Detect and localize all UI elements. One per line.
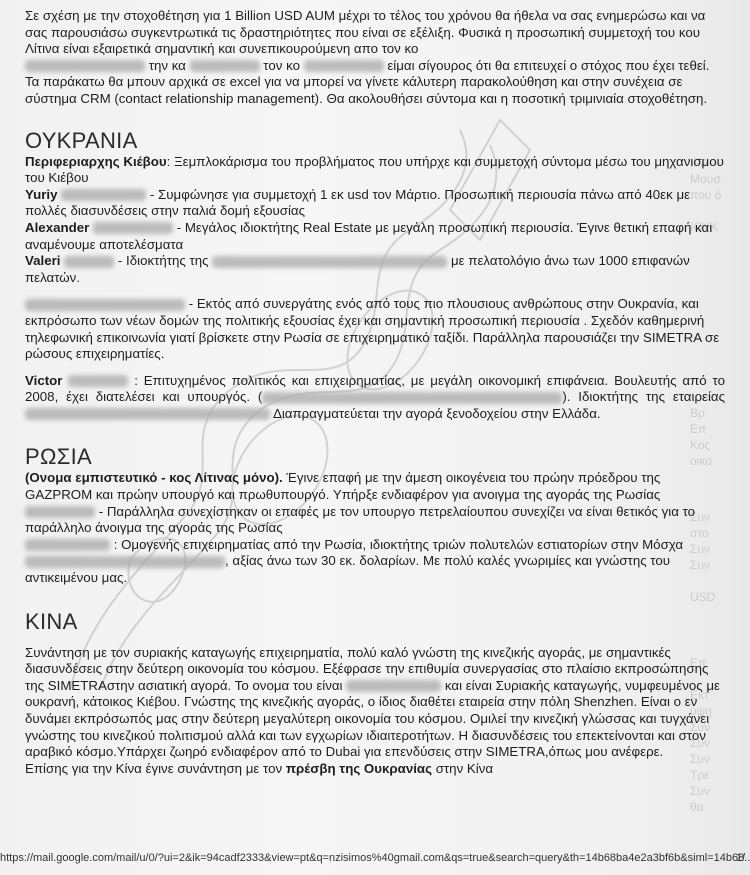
email-body: Σε σχέση με την στοχοθέτηση για 1 Billio… xyxy=(25,8,725,777)
scanned-page: ΙΡΑΜουσπου ό ΙΟΥΚ ΒρΕπΚοςοικο ΣυνστοΣυνΣ… xyxy=(0,0,750,875)
redacted-link xyxy=(262,392,562,404)
redacted-name xyxy=(61,189,146,201)
redacted-name xyxy=(25,506,95,518)
redacted-name xyxy=(64,256,114,268)
list-item: Valeri - Ιδιοκτήτης της με πελατολόγιο ά… xyxy=(25,253,725,286)
redacted-name xyxy=(93,222,173,234)
redacted-name xyxy=(68,375,128,387)
list-item: (Ονομα εμπιστευτικό - κος Λίτινας μόνο).… xyxy=(25,470,725,503)
list-item: Victor : Επιτυχημένος πολιτικός και επιχ… xyxy=(25,373,725,423)
list-item: : Ομογενής επιχειρηματίας από την Ρωσία,… xyxy=(25,537,725,587)
section-title-russia: ΡΩΣΙΑ xyxy=(25,444,725,470)
list-item: Alexander - Μεγάλος ιδιοκτήτης Real Esta… xyxy=(25,220,725,253)
china-last-line: Επίσης για την Κίνα έγινε συνάντηση με τ… xyxy=(25,761,725,778)
redacted-company xyxy=(212,256,447,268)
redacted-name xyxy=(25,60,145,72)
list-item: - Παράλληλα συνεχίστηκαν οι επαφές με το… xyxy=(25,504,725,537)
redacted-link xyxy=(25,556,225,568)
redacted-name xyxy=(25,299,185,311)
intro-paragraph: Σε σχέση με την στοχοθέτηση για 1 Billio… xyxy=(25,8,725,108)
china-paragraph: Συνάντηση με τον συριακής καταγωγής επιχ… xyxy=(25,645,725,761)
section-title-china: ΚΙΝΑ xyxy=(25,609,725,635)
section-title-ukraine: ΟΥΚΡΑΝΙΑ xyxy=(25,128,725,154)
list-item: Yuriy - Συμφώνησε για συμμετοχή 1 εκ usd… xyxy=(25,187,725,220)
list-item: Περιφεριαρχης Κιέβου: Ξεμπλοκάρισμα του … xyxy=(25,154,725,187)
redacted-name xyxy=(346,680,441,692)
redacted-name xyxy=(25,539,110,551)
page-number: 1/ xyxy=(736,852,745,864)
redacted-company xyxy=(25,408,270,420)
redacted-name xyxy=(190,60,260,72)
redacted-name xyxy=(304,60,384,72)
list-item: - Εκτός από συνεργάτης ενός από τους πιο… xyxy=(25,296,725,362)
footer-url: https://mail.google.com/mail/u/0/?ui=2&i… xyxy=(0,852,750,864)
